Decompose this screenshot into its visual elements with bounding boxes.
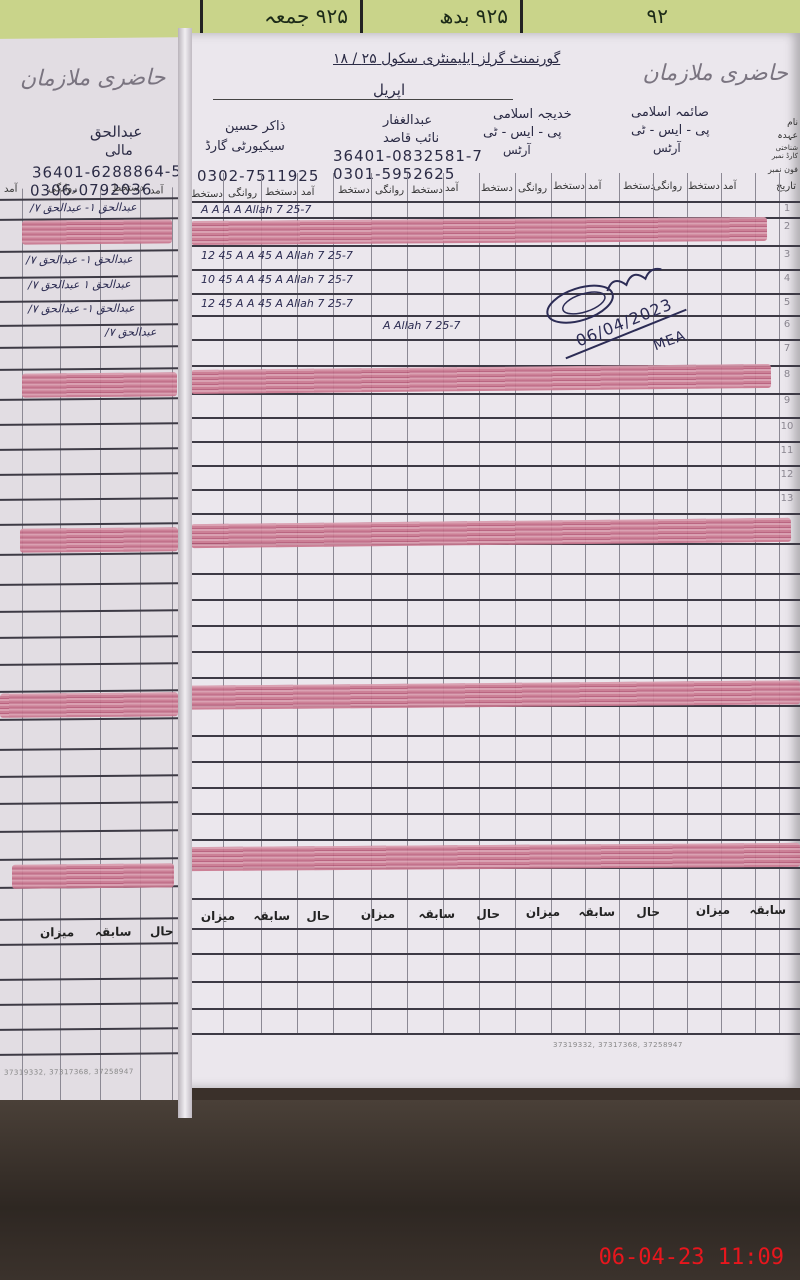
- col-header: روانگی: [228, 188, 257, 199]
- col-header: دستخط: [623, 181, 655, 192]
- right-page: حاضری ملازمان گورنمنٹ گرلز ایلیمنٹری سکو…: [183, 33, 800, 1088]
- printer-info: 37319332, 37317368, 37258947: [553, 1041, 683, 1049]
- attendance-entry: 12 45 A A 45 A Allah 7 25-7: [201, 297, 353, 310]
- attendance-register: حاضری ملازمان عبدالحق مالی 36401-6288864…: [0, 28, 800, 1108]
- staff-cnic: 36401-0832581-7: [333, 147, 483, 165]
- col-header: آمد: [301, 187, 314, 198]
- school-date: ۲۵ / ۱۸: [333, 51, 377, 67]
- col-header: آمد: [588, 181, 601, 192]
- staff-name: عبدالحق: [90, 123, 142, 141]
- col-header: آمد: [150, 185, 163, 196]
- staff-phone: 0301-5952625: [333, 165, 455, 183]
- attendance-entry: عبدالحق ۷/: [105, 325, 156, 338]
- staff-phone: 0302-7511925: [197, 167, 319, 185]
- row-label-post: عہدہ: [777, 131, 798, 141]
- col-header: آمد: [4, 184, 17, 195]
- staff-name: ذاکر حسین: [225, 119, 285, 134]
- row-number: 8: [780, 369, 794, 380]
- holiday-strike: [191, 364, 771, 394]
- staff-post: نائب قاصد: [383, 131, 439, 146]
- col-header: دستخط: [411, 185, 443, 196]
- footer-label: حال: [306, 909, 330, 923]
- col-header: دستخط: [688, 181, 720, 192]
- holiday-strike: [20, 527, 178, 552]
- month-label: اپریل: [373, 81, 405, 99]
- footer-label: میزان: [526, 905, 560, 919]
- col-header: روانگی: [48, 183, 77, 194]
- col-header: دستخط: [338, 185, 370, 196]
- col-header: دستخط: [553, 181, 585, 192]
- page-title: حاضری ملازمان: [20, 65, 166, 91]
- holiday-strike: [191, 217, 767, 245]
- row-number: 1: [780, 203, 794, 214]
- verification-initials: MEA: [651, 328, 688, 354]
- footer-label: میزان: [201, 909, 235, 923]
- col-header: دستخط: [265, 187, 297, 198]
- attendance-entry: A A A A Allah 7 25-7: [201, 203, 311, 216]
- row-number: 7: [780, 343, 794, 354]
- row-label-name: نام: [787, 118, 798, 128]
- attendance-entry: عبدالحق ۱- عبدالحق ۷/: [28, 302, 135, 316]
- holiday-strike: [12, 863, 174, 888]
- staff-name: خدیجہ اسلامی: [493, 107, 572, 122]
- col-header: روانگی: [653, 181, 682, 192]
- school-line: گورنمنٹ گرلز ایلیمنٹری سکول: [381, 51, 560, 67]
- col-header: آمد: [723, 181, 736, 192]
- row-number: 11: [780, 445, 794, 456]
- attendance-entry: عبدالحق ۱ عبدالحق ۷/: [28, 278, 131, 292]
- footer-label: سابقہ: [750, 903, 786, 917]
- staff-post: مالی: [105, 143, 133, 159]
- row-number: 10: [780, 421, 794, 432]
- col-header: روانگی: [518, 183, 547, 194]
- col-header: دستخط: [481, 183, 513, 194]
- footer-label: حال: [150, 924, 174, 938]
- left-page: حاضری ملازمان عبدالحق مالی 36401-6288864…: [0, 37, 190, 1129]
- footer-label: حال: [476, 907, 500, 921]
- book-spine: [178, 28, 192, 1118]
- holiday-strike: [22, 372, 177, 397]
- staff-post: پی - ایس - ٹی: [631, 123, 710, 138]
- row-number: 6: [780, 319, 794, 330]
- footer-label: سابقہ: [579, 905, 615, 919]
- footer-label: حال: [636, 905, 660, 919]
- row-label-cnic: شناختی کارڈ نمبر: [768, 144, 798, 160]
- footer-label: میزان: [361, 907, 395, 921]
- staff-cnic: 36401-6288864-5: [32, 162, 182, 181]
- row-number: 3: [780, 249, 794, 260]
- holiday-strike: [22, 219, 172, 244]
- camera-timestamp: 06-04-23 11:09: [599, 1245, 784, 1270]
- footer-label: سابقہ: [419, 907, 455, 921]
- holiday-strike: [0, 692, 178, 718]
- staff-post: سیکیورٹی گارڈ: [205, 139, 285, 154]
- attendance-entry: 12 45 A A 45 A Allah 7 25-7: [201, 249, 353, 262]
- attendance-entry: A Allah 7 25-7: [383, 319, 460, 332]
- background-surface: 06-04-23 11:09: [0, 1100, 800, 1280]
- attendance-entry: عبدالحق ۱- عبدالحق ۷/: [30, 201, 137, 215]
- col-header: دستخط: [191, 189, 223, 200]
- row-number: 2: [780, 221, 794, 232]
- footer-label: سابقہ: [254, 909, 290, 923]
- school-name: گورنمنٹ گرلز ایلیمنٹری سکول ۲۵ / ۱۸: [333, 51, 560, 67]
- row-label-phone: فون نمبر: [768, 165, 798, 174]
- row-number: 4: [780, 273, 794, 284]
- page-title: حاضری ملازمان: [642, 61, 788, 86]
- footer-label: میزان: [696, 903, 730, 917]
- staff-subject: آرٹس: [653, 141, 681, 155]
- staff-subject: آرٹس: [503, 143, 531, 157]
- attendance-entry: 10 45 A A 45 A Allah 7 25-7: [201, 273, 353, 286]
- row-number: 13: [780, 493, 794, 504]
- row-number: 5: [780, 297, 794, 308]
- attendance-entry: عبدالحق ۱- عبدالحق ۷/: [26, 253, 133, 267]
- printer-info: 37319332, 37317368, 37258947: [4, 1068, 134, 1077]
- row-number: 12: [780, 469, 794, 480]
- holiday-strike: [187, 843, 800, 871]
- staff-post: پی - ایس - ٹی: [483, 125, 562, 140]
- staff-name: عبدالغفار: [383, 113, 432, 128]
- footer-label: میزان: [40, 925, 74, 939]
- staff-name: صائمہ اسلامی: [631, 105, 709, 120]
- col-header: آمد: [445, 183, 458, 194]
- col-header: روانگی: [375, 185, 404, 196]
- footer-label: سابقہ: [95, 925, 131, 939]
- row-number: 9: [780, 395, 794, 406]
